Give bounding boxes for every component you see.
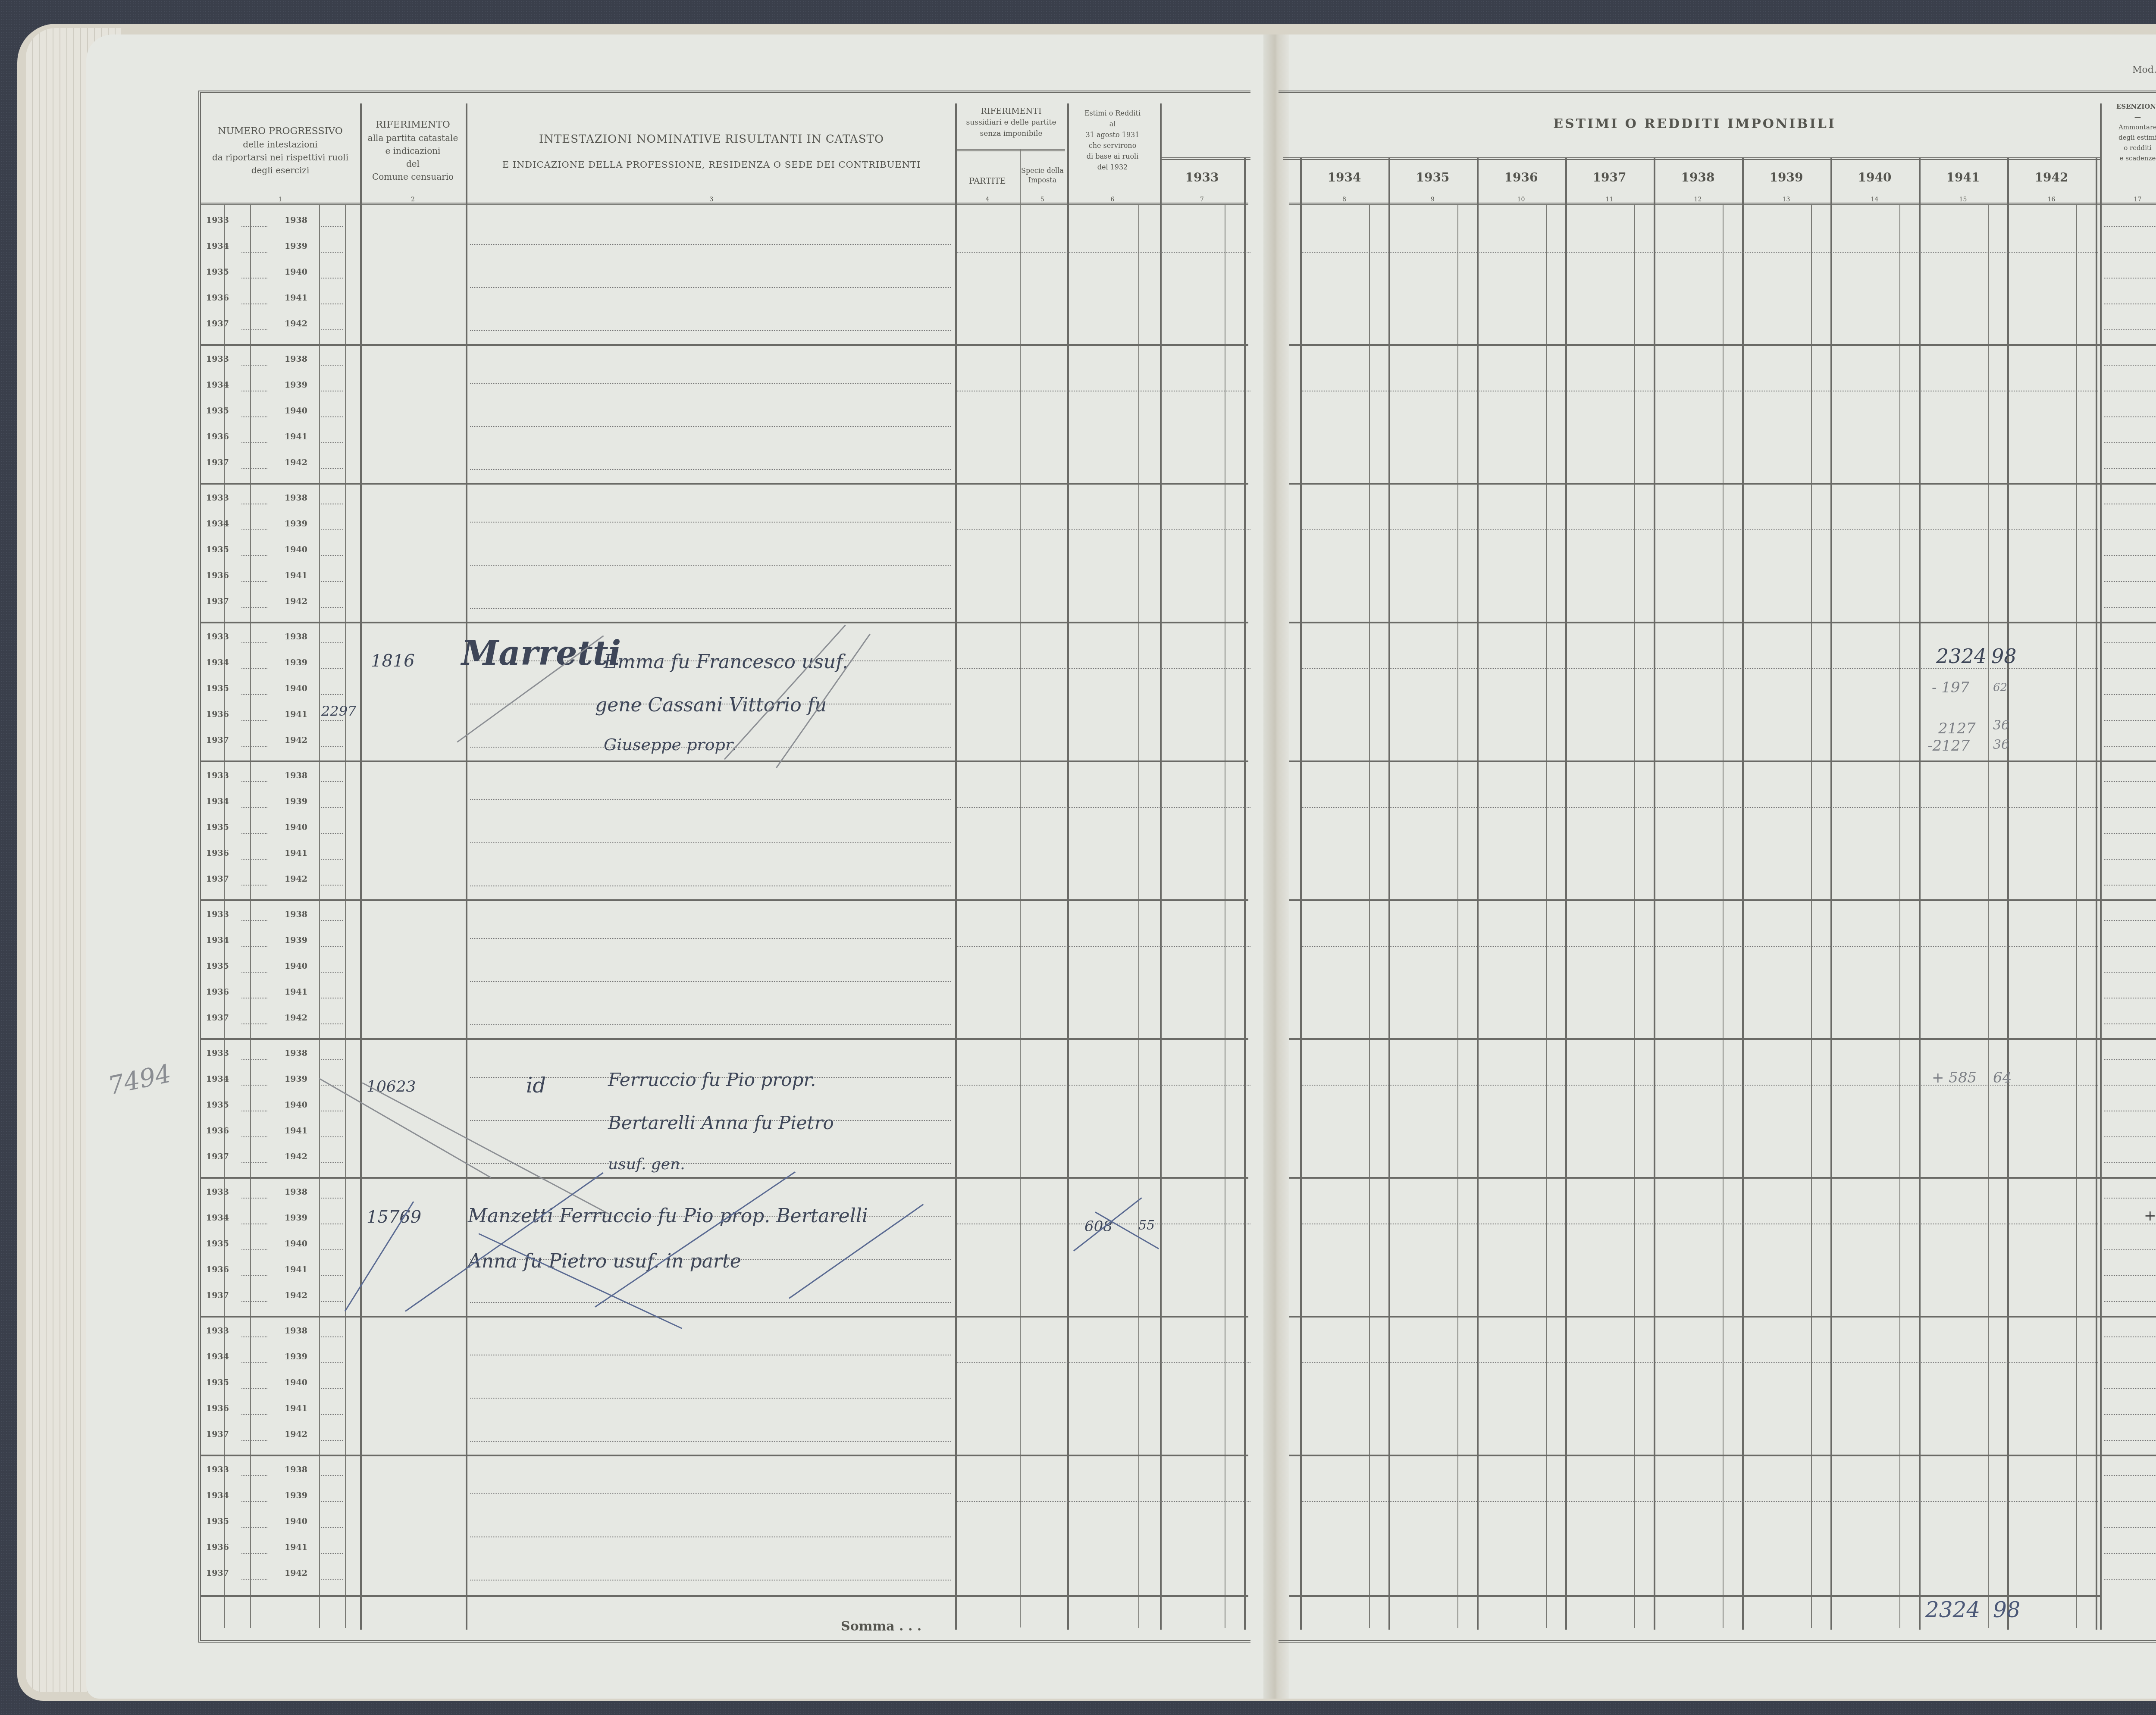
year-label-b: 1939 [285,380,307,390]
year-label-b: 1942 [285,597,307,606]
entry-dotted-line [321,226,343,227]
col-num-13: 13 [1742,196,1830,203]
esenzioni-dotted-line [2104,1388,2156,1389]
esenzioni-dotted-line [2104,833,2156,834]
year-cents-divider-7 [1988,205,1989,1628]
esenzioni-dotted-line [2104,807,2156,808]
year-label-b: 1940 [285,545,307,554]
year-label-a: 1936 [206,293,229,303]
year-label-b: 1941 [285,1126,307,1136]
esenzioni-dotted-line [2104,1336,2156,1337]
block-separator [1289,1177,2156,1179]
year-label-a: 1937 [206,458,229,467]
value-dotted-line-right [1302,807,2098,808]
year-label-b: 1939 [285,519,307,529]
year-label-b: 1939 [285,658,307,667]
entry-dotted-line [241,1336,267,1337]
block-separator [1289,1316,2156,1318]
entry7-line1: Ferruccio fu Pio propr. [608,1069,816,1090]
subheader-rule-years [1283,157,2100,160]
value-dotted-line-left [957,1362,1250,1363]
year-label-b: 1941 [285,571,307,580]
header-bottom-rule-left [201,203,1248,205]
header-col45: RIFERIMENTI sussidiari e delle partite s… [957,106,1065,139]
entry-dotted-line [321,1527,343,1528]
yearpair-divider-2 [319,205,320,1628]
intestazione-dotted-line [470,1580,951,1580]
esenzioni-dotted-line [2104,998,2156,998]
header-col3-line1: INTESTAZIONI NOMINATIVE RISULTANTI IN CA… [468,133,955,146]
esenzioni-dotted-line [2104,1414,2156,1415]
entry-dotted-line [241,468,267,469]
year-label-a: 1933 [206,632,229,642]
year-label-b: 1941 [285,987,307,997]
year-label-b: 1941 [285,432,307,441]
year-label-b: 1941 [285,1543,307,1552]
year-label-a: 1937 [206,874,229,884]
year-label-a: 1936 [206,1543,229,1552]
esenzioni-dotted-line [2104,1362,2156,1363]
entry-dotted-line [321,1440,343,1441]
year-label-a: 1933 [206,771,229,780]
block-separator [1289,1038,2156,1040]
entry-dotted-line [321,468,343,469]
year-label-b: 1942 [285,735,307,745]
entry-dotted-line [241,972,267,973]
col-num-5: 5 [1020,196,1065,203]
year-column-divider-0 [1300,157,1302,1630]
year-label-a: 1934 [206,1491,229,1500]
esenzioni-dotted-line [2104,365,2156,366]
block-separator [201,483,1248,485]
year-label-b: 1940 [285,1517,307,1526]
esenzioni-dotted-line [2104,1136,2156,1137]
year-label-a: 1937 [206,597,229,606]
entry-dotted-line [241,1362,267,1363]
entry-dotted-line [321,329,343,330]
year-label-a: 1936 [206,987,229,997]
entry-dotted-line [321,1336,343,1337]
entry-dotted-line [241,998,267,998]
esenzioni-dotted-line [2104,1475,2156,1476]
entry-dotted-line [241,885,267,886]
entry-dotted-line [321,529,343,530]
entry4-1941-deduction-cents: 62 [1993,681,2007,694]
block-separator [201,899,1248,901]
entry-dotted-line [241,226,267,227]
col-num-15: 15 [1919,196,2007,203]
entry-dotted-line [321,555,343,556]
entry-dotted-line [321,1414,343,1415]
entry-dotted-line [241,694,267,695]
entry-dotted-line [241,746,267,747]
entry-dotted-line [241,1553,267,1554]
esenzioni-dotted-line [2104,1275,2156,1276]
col-num-10: 10 [1477,196,1565,203]
entry7-idem: id [526,1073,546,1098]
year-label-b: 1938 [285,771,307,780]
year-label-b: 1941 [285,710,307,719]
entry7-line3: usuf. gen. [608,1155,685,1173]
entry-dotted-line [321,1301,343,1302]
entry-dotted-line [321,1553,343,1554]
esenzioni-dotted-line [2104,442,2156,443]
entry-dotted-line [321,442,343,443]
year-label-a: 1936 [206,848,229,858]
year-label-b: 1939 [285,1491,307,1500]
year-label-b: 1939 [285,1352,307,1361]
entry-dotted-line [321,1275,343,1276]
year-label-b: 1938 [285,1465,307,1474]
year-label-a: 1934 [206,241,229,251]
year-label-b: 1940 [285,406,307,416]
year-label-b: 1938 [285,632,307,642]
year-label-a: 1933 [206,910,229,919]
col-num-3: 3 [468,196,955,203]
entry-dotted-line [241,1136,267,1137]
year-label-a: 1935 [206,823,229,832]
year-label-b: 1938 [285,910,307,919]
year-label-a: 1935 [206,684,229,693]
esenzioni-dotted-line [2104,504,2156,504]
entry7-partita: 10623 [367,1078,416,1095]
year-column-divider-8 [2007,157,2009,1630]
entry7-1941-value: + 585 [1932,1069,1977,1086]
block-separator [201,622,1248,623]
intestazione-dotted-line [470,886,951,886]
col-num-17: 17 [2100,196,2156,203]
entry-dotted-line [321,1362,343,1363]
entry-dotted-line [241,1198,267,1199]
entry4-partita: 1816 [371,651,415,671]
intestazione-dotted-line [470,522,951,523]
year-label-b: 1942 [285,1291,307,1300]
value-dotted-line-right [1302,946,2098,947]
year-label-b: 1940 [285,1378,307,1387]
somma-1941-value: 2324 [1925,1597,1980,1622]
entry-dotted-line [321,746,343,747]
year-label-b: 1938 [285,493,307,503]
entry-dotted-line [241,504,267,504]
year-label-b: 1942 [285,319,307,329]
column-divider-left-0 [360,103,362,1630]
entry-dotted-line [241,1111,267,1111]
column-divider-col17 [2100,103,2102,1630]
entry-dotted-line [241,278,267,279]
block-separator [1289,344,2156,346]
esenzioni-dotted-line [2104,1553,2156,1554]
entry-dotted-line [241,581,267,582]
entry-dotted-line [241,1301,267,1302]
year-label-a: 1934 [206,658,229,667]
entry-dotted-line [321,252,343,253]
block-separator [1289,760,2156,762]
entry-dotted-line [241,304,267,304]
esenzioni-dotted-line [2104,1527,2156,1528]
year-label-a: 1934 [206,380,229,390]
esenzioni-dotted-line [2104,920,2156,921]
entry-dotted-line [321,972,343,973]
year-label-a: 1933 [206,216,229,225]
entry8-esenzioni-mark: + [2144,1207,2156,1224]
entry-dotted-line [241,859,267,860]
intestazione-dotted-line [470,469,951,470]
header-col2: RIFERIMENTO alla partita catastale e ind… [362,119,464,183]
esenzioni-dotted-line [2104,391,2156,391]
intestazione-dotted-line [470,1163,951,1164]
esenzioni-dotted-line [2104,859,2156,860]
col-num-8: 8 [1300,196,1388,203]
year-cents-divider-4 [1723,205,1724,1628]
esenzioni-dotted-line [2104,746,2156,747]
col-num-11: 11 [1565,196,1654,203]
column-divider-left-2 [955,103,957,1630]
esenzioni-dotted-line [2104,720,2156,721]
year-cents-divider-5 [1811,205,1812,1628]
entry-dotted-line [321,1198,343,1199]
year-cents-divider-8 [2076,205,2077,1628]
entry-dotted-line [321,720,343,721]
esenzioni-dotted-line [2104,972,2156,973]
entry-dotted-line [321,642,343,643]
header-col17: ESENZIONI — Ammontare degli estimi o red… [2100,101,2156,163]
esenzioni-dotted-line [2104,885,2156,886]
col-num-6: 6 [1067,196,1158,203]
entry-dotted-line [241,720,267,721]
year-label-b: 1939 [285,1213,307,1223]
year-label-a: 1937 [206,1430,229,1439]
cents-divider-col6 [1138,205,1139,1628]
entry-dotted-line [241,1527,267,1528]
esenzioni-dotted-line [2104,581,2156,582]
intestazione-dotted-line [470,426,951,427]
header-specie-imposta: Specie della Imposta [1020,166,1065,185]
esenzioni-dotted-line [2104,607,2156,608]
entry4-1941-result2: -2127 [1927,737,1970,754]
column-divider-specie [1020,149,1021,1627]
header-year-1942: 1942 [2007,170,2096,185]
block-separator [201,344,1248,346]
yearpair-divider-3 [345,205,346,1628]
entry4-side-number: 2297 [321,703,356,719]
year-label-b: 1940 [285,684,307,693]
entry-dotted-line [241,1414,267,1415]
entry-dotted-line [321,416,343,417]
esenzioni-dotted-line [2104,252,2156,253]
esenzioni-dotted-line [2104,1301,2156,1302]
year-label-b: 1941 [285,1404,307,1413]
entry-dotted-line [241,781,267,782]
year-label-b: 1938 [285,1048,307,1058]
year-label-a: 1934 [206,519,229,529]
entry-dotted-line [241,607,267,608]
header-year-1934: 1934 [1300,170,1388,185]
year-label-a: 1937 [206,1291,229,1300]
entry8-line2: Anna fu Pietro usuf. in parte [468,1250,741,1272]
year-cents-divider-1 [1457,205,1458,1628]
intestazione-dotted-line [470,842,951,843]
intestazione-dotted-line [470,981,951,982]
table-frame-right [1279,91,2156,1643]
value-dotted-line-left [957,1501,1250,1502]
entry-dotted-line [241,1249,267,1250]
column-divider-col7 [1244,157,1246,1630]
value-dotted-line-right [1302,668,2098,669]
year-label-a: 1935 [206,961,229,971]
year-label-a: 1937 [206,1152,229,1161]
year-cents-divider-0 [1369,205,1370,1628]
year-label-a: 1933 [206,1187,229,1197]
entry-dotted-line [241,1388,267,1389]
header-estimi-redditi: ESTIMI O REDDITI IMPONIBILI [1294,116,2096,131]
esenzioni-dotted-line [2104,1249,2156,1250]
year-label-b: 1938 [285,216,307,225]
block-separator [201,1316,1248,1318]
entry-dotted-line [321,1224,343,1224]
header-partite: PARTITE [957,175,1018,188]
intestazione-dotted-line [470,1493,951,1494]
year-label-a: 1935 [206,1378,229,1387]
col-num-16: 16 [2007,196,2096,203]
entry-dotted-line [241,946,267,947]
entry-dotted-line [241,642,267,643]
entry-dotted-line [321,807,343,808]
esenzioni-dotted-line [2104,1085,2156,1086]
entry4-1941-result-cents: 36 [1993,718,2009,733]
year-label-b: 1938 [285,1187,307,1197]
entry-dotted-line [241,529,267,530]
year-label-a: 1936 [206,432,229,441]
value-dotted-line-right [1302,252,2098,253]
year-label-b: 1939 [285,936,307,945]
intestazione-dotted-line [470,565,951,566]
year-label-a: 1935 [206,1100,229,1110]
entry-dotted-line [321,668,343,669]
year-label-a: 1936 [206,1126,229,1136]
esenzioni-dotted-line [2104,668,2156,669]
year-label-a: 1933 [206,1465,229,1474]
year-label-a: 1935 [206,406,229,416]
entry-dotted-line [321,1501,343,1502]
entry-dotted-line [321,1023,343,1024]
entry-dotted-line [241,1475,267,1476]
esenzioni-dotted-line [2104,781,2156,782]
column-divider-left-1 [466,103,467,1630]
header-year-1938: 1938 [1654,170,1742,185]
entry-dotted-line [321,365,343,366]
somma-1941-cents: 98 [1993,1597,2021,1622]
year-label-b: 1938 [285,1326,307,1336]
esenzioni-dotted-line [2104,1162,2156,1163]
intestazione-dotted-line [470,799,951,800]
year-column-divider-1 [1388,157,1390,1630]
year-label-a: 1935 [206,1517,229,1526]
subheader-rule-7 [1160,157,1250,160]
entry-dotted-line [321,833,343,834]
header-year-1939: 1939 [1742,170,1830,185]
esenzioni-dotted-line [2104,1198,2156,1199]
col-num-12: 12 [1654,196,1742,203]
entry4-1941-deduction: - 197 [1932,679,1969,696]
value-dotted-line-left [957,529,1250,530]
year-label-a: 1934 [206,1074,229,1084]
col-num-14: 14 [1830,196,1919,203]
esenzioni-dotted-line [2104,1579,2156,1580]
entry-dotted-line [241,391,267,391]
year-label-b: 1940 [285,823,307,832]
year-label-a: 1936 [206,1404,229,1413]
esenzioni-dotted-line [2104,1023,2156,1024]
entry-dotted-line [241,1275,267,1276]
entry-dotted-line [321,694,343,695]
block-separator [201,760,1248,762]
year-label-b: 1940 [285,1239,307,1249]
year-label-b: 1940 [285,267,307,277]
col-num-1: 1 [203,196,358,203]
subheader-rule-45 [957,149,1065,151]
year-label-a: 1933 [206,354,229,364]
entry8-col6-cents: 55 [1138,1218,1155,1233]
year-label-b: 1938 [285,354,307,364]
value-dotted-line-left [957,807,1250,808]
year-label-b: 1941 [285,848,307,858]
entry4-1941-result2-cents: 36 [1993,737,2009,752]
esenzioni-dotted-line [2104,946,2156,947]
entry-dotted-line [321,1579,343,1580]
entry-dotted-line [321,1249,343,1250]
value-dotted-line-right [1302,1362,2098,1363]
year-label-a: 1934 [206,797,229,806]
year-label-a: 1934 [206,1352,229,1361]
header-col3-line2: E INDICAZIONE DELLA PROFESSIONE, RESIDEN… [468,160,955,170]
year-label-a: 1936 [206,1265,229,1274]
year-label-b: 1942 [285,1152,307,1161]
entry-dotted-line [241,416,267,417]
year-cents-divider-3 [1634,205,1635,1628]
column-divider-col6 [1067,103,1069,1630]
year-label-b: 1942 [285,458,307,467]
header-col1: NUMERO PROGRESSIVO delle intestazioni da… [203,125,358,177]
year-label-a: 1933 [206,1048,229,1058]
year-label-b: 1939 [285,1074,307,1084]
block-separator [1289,1455,2156,1456]
esenzioni-dotted-line [2104,468,2156,469]
year-label-b: 1940 [285,961,307,971]
entry4-line3: Giuseppe propr. [604,735,736,754]
year-label-a: 1933 [206,1326,229,1336]
entry7-1941-cents: 64 [1993,1069,2012,1086]
year-label-a: 1936 [206,571,229,580]
col-num-4: 4 [957,196,1018,203]
entry-dotted-line [321,1388,343,1389]
value-dotted-line-left [957,252,1250,253]
entry4-1941-value: 2324 [1936,645,1987,668]
year-label-a: 1936 [206,710,229,719]
entry-dotted-line [241,1059,267,1060]
entry-dotted-line [321,607,343,608]
value-dotted-line-right [1302,1224,2098,1224]
block-separator [1289,622,2156,623]
header-year-1936: 1936 [1477,170,1565,185]
year-label-a: 1937 [206,1013,229,1023]
col-num-2: 2 [362,196,464,203]
header-year-1941: 1941 [1919,170,2007,185]
entry-dotted-line [321,859,343,860]
year-label-a: 1937 [206,319,229,329]
year-label-a: 1935 [206,545,229,554]
block-separator [201,1455,1248,1456]
year-label-a: 1933 [206,493,229,503]
